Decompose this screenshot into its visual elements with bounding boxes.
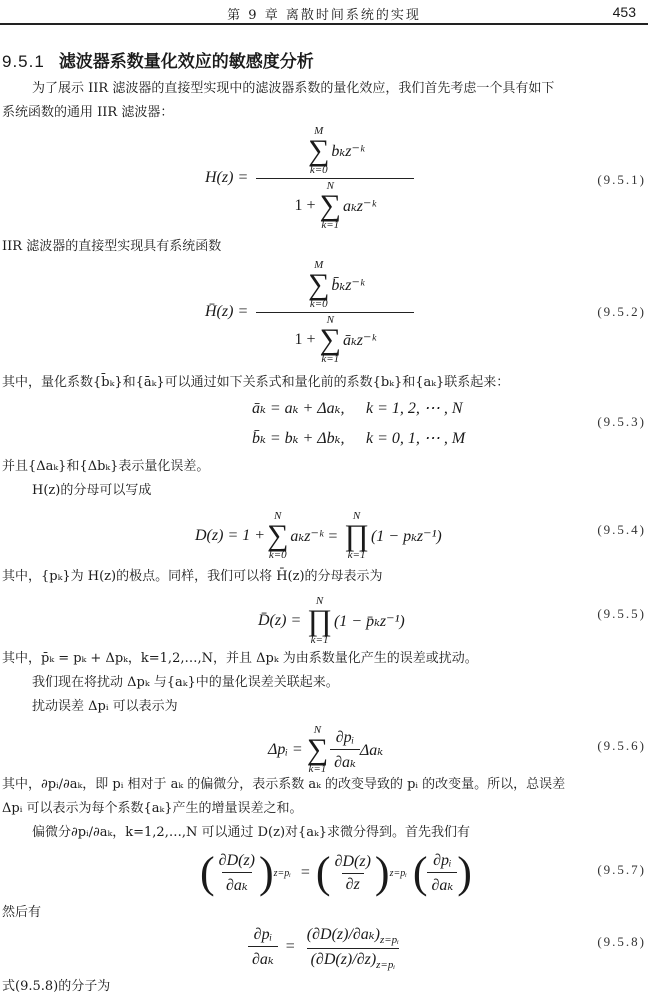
equation-9-5-4: D(z) = 1 + N ∑ k=0 aₖz⁻ᵏ = N ∏ k=1 (1 − …: [195, 505, 442, 567]
paragraph-then: 然后有: [2, 902, 41, 924]
sum-icon: M ∑ k=0: [308, 126, 329, 176]
section-heading: 9.5.1滤波器系数量化效应的敏感度分析: [2, 47, 314, 72]
paragraph-quantized-coeffs: 其中，量化系数{b̄ₖ}和{āₖ}可以通过如下关系式和量化前的系数{bₖ}和{a…: [2, 372, 509, 394]
eq2-fraction: M ∑ k=0 b̄ₖz⁻ᵏ 1 + N ∑ k=1 āₖz⁻ᵏ: [256, 260, 414, 365]
eq6-fraction: ∂pᵢ ∂aₖ: [330, 729, 360, 772]
running-header-chapter: 第 9 章 离散时间系统的实现: [0, 4, 648, 23]
header-rule: [0, 23, 648, 25]
section-title: 滤波器系数量化效应的敏感度分析: [59, 52, 314, 71]
equation-9-5-5: D̄(z) = N ∏ k=1 (1 − p̄ₖz⁻¹): [258, 590, 405, 652]
paragraph-quant-error: 并且{Δaₖ}和{Δbₖ}表示量化误差。: [2, 456, 209, 478]
paragraph-partial-derivative-line1: 其中，∂pᵢ/∂aₖ，即 pᵢ 相对于 aₖ 的偏微分，表示系数 aₖ 的改变导…: [2, 774, 565, 796]
equation-number-9-5-3: (9.5.3): [597, 414, 646, 430]
eq2-lhs: H̄(z) =: [205, 303, 248, 321]
paragraph-poles: 其中，{pₖ}为 H(z)的极点。同样，我们可以将 H̄(z)的分母表示为: [2, 566, 383, 588]
product-icon: N ∏ k=1: [344, 511, 369, 561]
sum-icon: N ∑ k=0: [267, 511, 288, 561]
paragraph-intro-line2: 系统函数的通用 IIR 滤波器：: [2, 102, 173, 124]
equation-9-5-7: ( ∂D(z)∂aₖ ) z=pᵢ = ( ∂D(z)∂z ) z=pᵢ ( ∂…: [200, 846, 472, 900]
paragraph-numerator: 式(9.5.8)的分子为: [2, 976, 110, 998]
paragraph-differentiate: 偏微分∂pᵢ/∂aₖ，k=1,2,…,N 可以通过 D(z)对{aₖ}求微分得到…: [32, 822, 470, 844]
equation-number-9-5-4: (9.5.4): [597, 522, 646, 538]
equation-9-5-3-line2: b̄ₖ = bₖ + Δbₖ, k = 0, 1, ⋯ , M: [252, 428, 465, 448]
paragraph-partial-derivative-line2: Δpᵢ 可以表示为每个系数{aₖ}产生的增量误差之和。: [2, 798, 303, 820]
paragraph-perturbed-poles: 其中，p̄ₖ = pₖ + Δpₖ，k=1,2,…,N，并且 Δpₖ 为由系数量…: [2, 648, 478, 670]
section-number: 9.5.1: [2, 52, 45, 71]
equation-number-9-5-1: (9.5.1): [597, 172, 646, 188]
paragraph-perturbation-error: 扰动误差 Δpᵢ 可以表示为: [32, 696, 178, 718]
equation-number-9-5-7: (9.5.7): [597, 862, 646, 878]
paragraph-direct-form: IIR 滤波器的直接型实现具有系统函数: [2, 236, 221, 258]
equation-number-9-5-8: (9.5.8): [597, 934, 646, 950]
eq1-fraction: M ∑ k=0 bₖz⁻ᵏ 1 + N ∑ k=1 aₖz⁻ᵏ: [256, 126, 414, 231]
equation-9-5-1: H(z) = M ∑ k=0 bₖz⁻ᵏ 1 + N ∑ k=1 aₖz⁻ᵏ: [205, 128, 414, 228]
paragraph-denominator: H(z)的分母可以写成: [32, 480, 151, 502]
paragraph-relate-perturbation: 我们现在将扰动 Δpₖ 与{aₖ}中的量化误差关联起来。: [32, 672, 339, 694]
equation-9-5-6: Δpᵢ = N ∑ k=1 ∂pᵢ ∂aₖ Δaₖ: [268, 718, 383, 782]
equation-number-9-5-6: (9.5.6): [597, 738, 646, 754]
equation-9-5-3-line1: āₖ = aₖ + Δaₖ, k = 1, 2, ⋯ , N: [252, 398, 463, 418]
sum-icon: N ∑ k=1: [307, 725, 328, 775]
paragraph-intro-line1: 为了展示 IIR 滤波器的直接型实现中的滤波器系数的量化效应，我们首先考虑一个具…: [32, 78, 554, 100]
product-icon: N ∏ k=1: [307, 596, 332, 646]
equation-9-5-2: H̄(z) = M ∑ k=0 b̄ₖz⁻ᵏ 1 + N ∑ k=1 āₖz⁻ᵏ: [205, 262, 414, 362]
sum-icon: N ∑ k=1: [320, 315, 341, 365]
sum-icon: N ∑ k=1: [320, 181, 341, 231]
page-number: 453: [613, 4, 636, 20]
equation-number-9-5-5: (9.5.5): [597, 606, 646, 622]
equation-9-5-8: ∂pᵢ∂aₖ = (∂D(z)/∂aₖ)z=pᵢ (∂D(z)/∂z)z=pᵢ: [248, 920, 403, 974]
sum-icon: M ∑ k=0: [308, 260, 329, 310]
equation-number-9-5-2: (9.5.2): [597, 304, 646, 320]
eq1-lhs: H(z) =: [205, 169, 248, 187]
